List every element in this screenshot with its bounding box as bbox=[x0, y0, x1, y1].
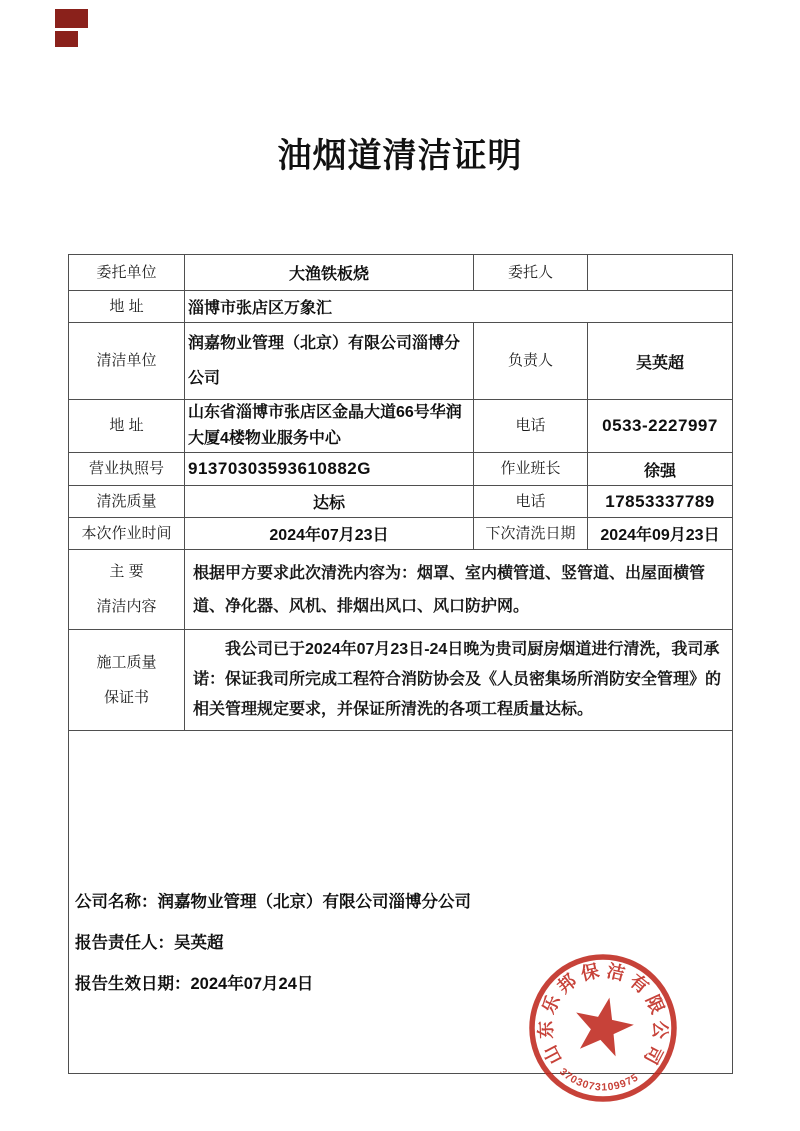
svg-text:1: 1 bbox=[601, 1081, 607, 1093]
row-footer: 公司名称：润嘉物业管理（北京）有限公司淄博分公司 报告责任人：吴英超 报告生效日… bbox=[69, 731, 733, 1074]
row-client-address: 地 址 淄博市张店区万象汇 bbox=[69, 291, 733, 323]
row-guarantee: 施工质量 保证书 我公司已于2024年07月23日-24日晚为贵司厨房烟道进行清… bbox=[69, 630, 733, 731]
next-date-label: 下次清洗日期 bbox=[474, 518, 588, 550]
client-person-value bbox=[588, 255, 733, 291]
cleaner-address-label: 地 址 bbox=[69, 400, 185, 453]
license-label: 营业执照号 bbox=[69, 453, 185, 486]
svg-text:9: 9 bbox=[618, 1077, 628, 1090]
cleaner-phone-label: 电话 bbox=[474, 400, 588, 453]
svg-text:3: 3 bbox=[594, 1081, 601, 1093]
svg-text:9: 9 bbox=[613, 1079, 622, 1092]
svg-text:7: 7 bbox=[587, 1080, 595, 1093]
footer-company-line: 公司名称：润嘉物业管理（北京）有限公司淄博分公司 bbox=[75, 890, 728, 914]
quality-phone-value: 17853337789 bbox=[588, 486, 733, 518]
guarantee-label: 施工质量 保证书 bbox=[69, 630, 185, 731]
svg-text:0: 0 bbox=[607, 1081, 614, 1094]
row-quality: 清洗质量 达标 电话 17853337789 bbox=[69, 486, 733, 518]
guarantee-label-line1: 施工质量 bbox=[73, 652, 180, 674]
footer-cell: 公司名称：润嘉物业管理（北京）有限公司淄博分公司 报告责任人：吴英超 报告生效日… bbox=[69, 731, 733, 1074]
cleaner-person-value: 吴英超 bbox=[588, 323, 733, 400]
leader-label: 作业班长 bbox=[474, 453, 588, 486]
cleaner-label: 清洁单位 bbox=[69, 323, 185, 400]
cleaning-content-label-line1: 主 要 bbox=[73, 561, 180, 583]
guarantee-text-cell: 我公司已于2024年07月23日-24日晚为贵司厨房烟道进行清洗，我司承诺：保证… bbox=[185, 630, 733, 731]
client-value: 大渔铁板烧 bbox=[185, 255, 474, 291]
cleaning-content-text: 根据甲方要求此次清洗内容为：烟罩、室内横管道、竖管道、出屋面横管道、净化器、风机… bbox=[185, 550, 733, 630]
client-address-label: 地 址 bbox=[69, 291, 185, 323]
svg-text:7: 7 bbox=[624, 1075, 635, 1088]
red-scan-artifact-top bbox=[55, 9, 88, 28]
row-license: 营业执照号 91370303593610882G 作业班长 徐强 bbox=[69, 453, 733, 486]
svg-text:3: 3 bbox=[574, 1076, 584, 1089]
guarantee-label-line2: 保证书 bbox=[73, 687, 180, 709]
footer-date-line: 报告生效日期：2024年07月24日 bbox=[75, 972, 728, 996]
row-cleaner-address: 地 址 山东省淄博市张店区金晶大道66号华润大厦4楼物业服务中心 电话 0533… bbox=[69, 400, 733, 453]
row-cleaning-content: 主 要 清洁内容 根据甲方要求此次清洗内容为：烟罩、室内横管道、竖管道、出屋面横… bbox=[69, 550, 733, 630]
red-scan-artifact-bottom bbox=[55, 31, 78, 47]
client-person-label: 委托人 bbox=[474, 255, 588, 291]
next-date-value: 2024年09月23日 bbox=[588, 518, 733, 550]
cleaning-content-label: 主 要 清洁内容 bbox=[69, 550, 185, 630]
work-date-value: 2024年07月23日 bbox=[185, 518, 474, 550]
cleaning-content-label-line2: 清洁内容 bbox=[73, 596, 180, 618]
license-value: 91370303593610882G bbox=[185, 453, 474, 486]
work-date-label: 本次作业时间 bbox=[69, 518, 185, 550]
row-work-date: 本次作业时间 2024年07月23日 下次清洗日期 2024年09月23日 bbox=[69, 518, 733, 550]
cleaner-value: 润嘉物业管理（北京）有限公司淄博分公司 bbox=[185, 323, 474, 400]
quality-value: 达标 bbox=[185, 486, 474, 518]
cleaner-address-value: 山东省淄博市张店区金晶大道66号华润大厦4楼物业服务中心 bbox=[185, 400, 474, 453]
cleaner-phone-value: 0533-2227997 bbox=[588, 400, 733, 453]
footer-block: 公司名称：润嘉物业管理（北京）有限公司淄博分公司 报告责任人：吴英超 报告生效日… bbox=[73, 791, 728, 996]
quality-label: 清洗质量 bbox=[69, 486, 185, 518]
leader-value: 徐强 bbox=[588, 453, 733, 486]
client-address-value: 淄博市张店区万象汇 bbox=[185, 291, 733, 323]
row-cleaner: 清洁单位 润嘉物业管理（北京）有限公司淄博分公司 负责人 吴英超 bbox=[69, 323, 733, 400]
client-label: 委托单位 bbox=[69, 255, 185, 291]
certificate-page: 油烟道清洁证明 委托单位 大渔铁板烧 委托人 地 址 淄博市张店区万象汇 清洁单… bbox=[0, 0, 800, 1131]
svg-text:0: 0 bbox=[581, 1078, 590, 1091]
certificate-table: 委托单位 大渔铁板烧 委托人 地 址 淄博市张店区万象汇 清洁单位 润嘉物业管理… bbox=[68, 254, 733, 1074]
cleaner-person-label: 负责人 bbox=[474, 323, 588, 400]
footer-responsible-line: 报告责任人：吴英超 bbox=[75, 931, 728, 955]
document-title: 油烟道清洁证明 bbox=[0, 136, 800, 176]
quality-phone-label: 电话 bbox=[474, 486, 588, 518]
row-client: 委托单位 大渔铁板烧 委托人 bbox=[69, 255, 733, 291]
svg-text:0: 0 bbox=[568, 1073, 579, 1086]
guarantee-text: 我公司已于2024年07月23日-24日晚为贵司厨房烟道进行清洗，我司承诺：保证… bbox=[193, 635, 724, 725]
